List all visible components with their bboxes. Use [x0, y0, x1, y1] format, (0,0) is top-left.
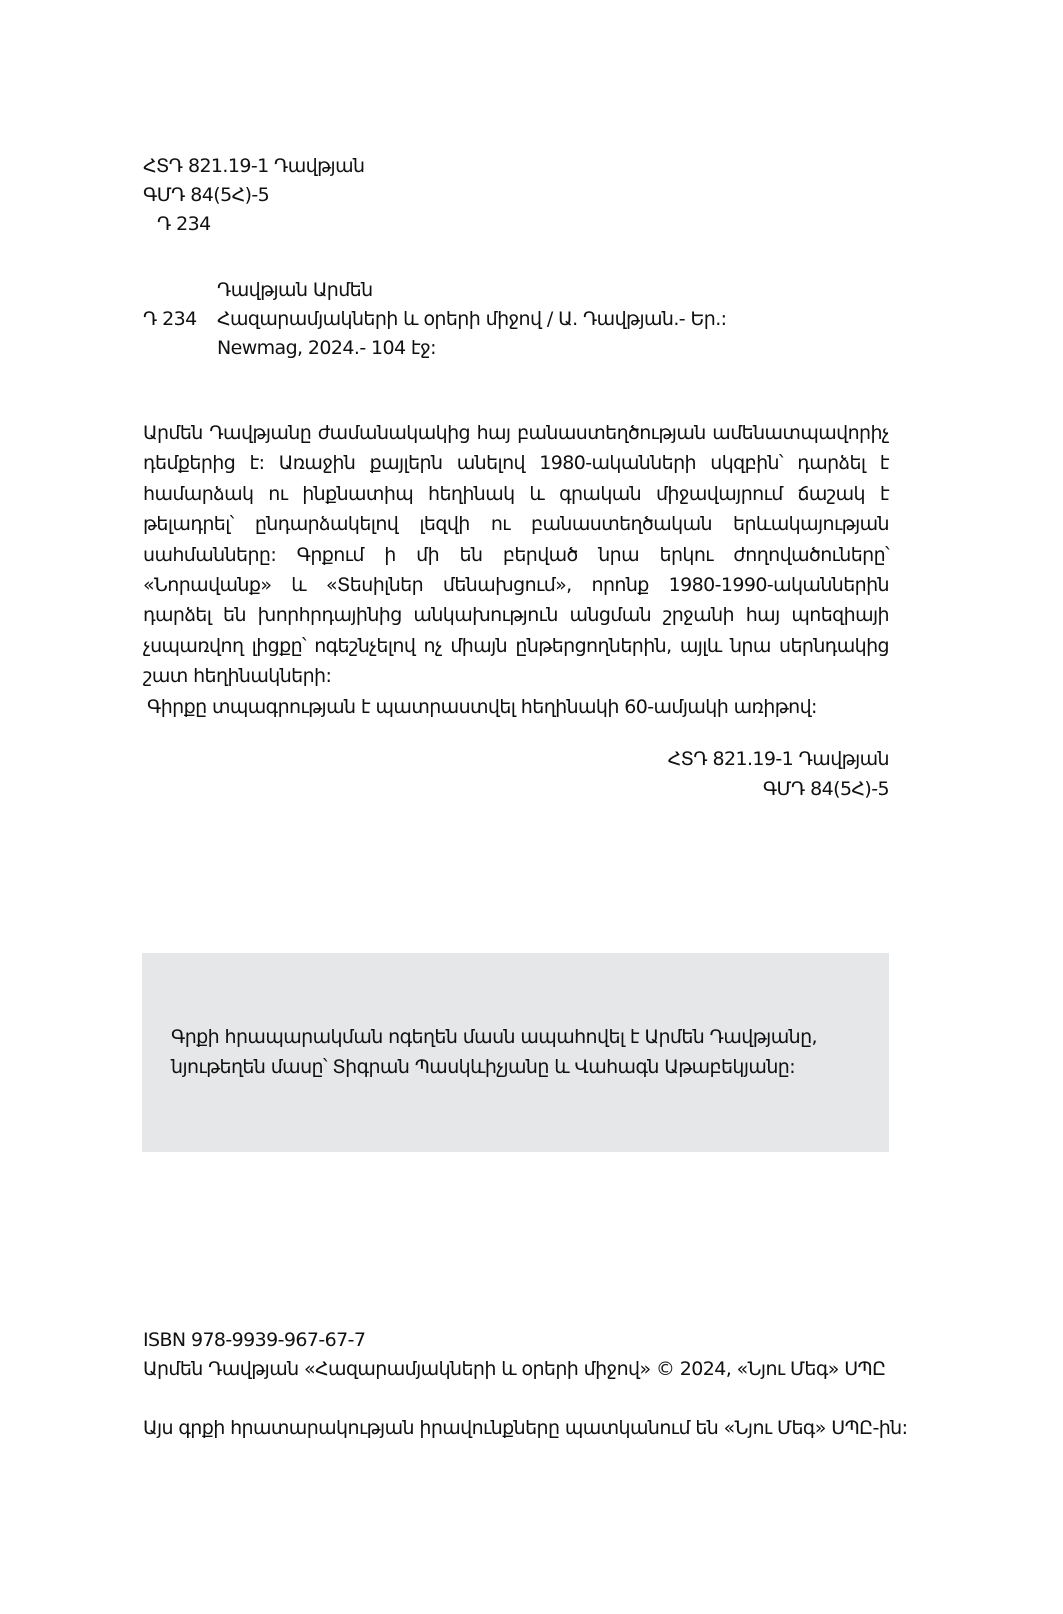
classification-block-top: ՀՏԴ 821.19-1 Դավթյան ԳՄԴ 84(5Հ)-5 Դ 234 [143, 152, 364, 239]
credits-box: Գրքի հրապարակման ոգեղեն մասն ապահովել է … [142, 953, 889, 1152]
udc-index: ՀՏԴ 821.19-1 Դավթյան [143, 152, 364, 181]
classification-block-right: ՀՏԴ 821.19-1 Դավթյան ԳՄԴ 84(5Հ)-5 [668, 744, 889, 804]
author-name: Դավթյան Արմեն [217, 276, 373, 305]
rights-notice: Այս գրքի հրատարակության իրավունքները պատ… [143, 1414, 907, 1443]
imprint-footer: ISBN 978-9939-967-67-7 Արմեն Դավթյան «Հա… [143, 1326, 907, 1443]
annotation-paragraph: Արմեն Դավթյանը ժամանակակից հայ բանաստեղծ… [143, 418, 889, 692]
credits-line: նյութեղեն մասը՝ Տիգրան Պասկևիչյանը և Վահ… [171, 1052, 817, 1082]
lbc-index: ԳՄԴ 84(5Հ)-5 [143, 181, 364, 210]
lbc-index: ԳՄԴ 84(5Հ)-5 [668, 774, 889, 804]
entry-code: Դ 234 [143, 305, 217, 334]
title-line: Հազարամյակների և օրերի միջով / Ա. Դավթյա… [217, 305, 726, 334]
copyright-line: Արմեն Դավթյան «Հազարամյակների և օրերի մի… [143, 1355, 907, 1384]
udc-index: ՀՏԴ 821.19-1 Դավթյան [668, 744, 889, 774]
bibliographic-entry: Դավթյան Արմեն Դ 234 Հազարամյակների և օրե… [143, 276, 726, 363]
author-mark: Դ 234 [143, 210, 364, 239]
annotation: Արմեն Դավթյանը ժամանակակից հայ բանաստեղծ… [143, 418, 889, 722]
annotation-paragraph: Գիրքը տպագրության է պատրաստվել հեղինակի … [143, 692, 889, 722]
isbn: ISBN 978-9939-967-67-7 [143, 1326, 907, 1355]
credits-line: Գրքի հրապարակման ոգեղեն մասն ապահովել է … [171, 1022, 817, 1052]
publisher-line: Newmag, 2024.- 104 էջ: [217, 334, 436, 363]
